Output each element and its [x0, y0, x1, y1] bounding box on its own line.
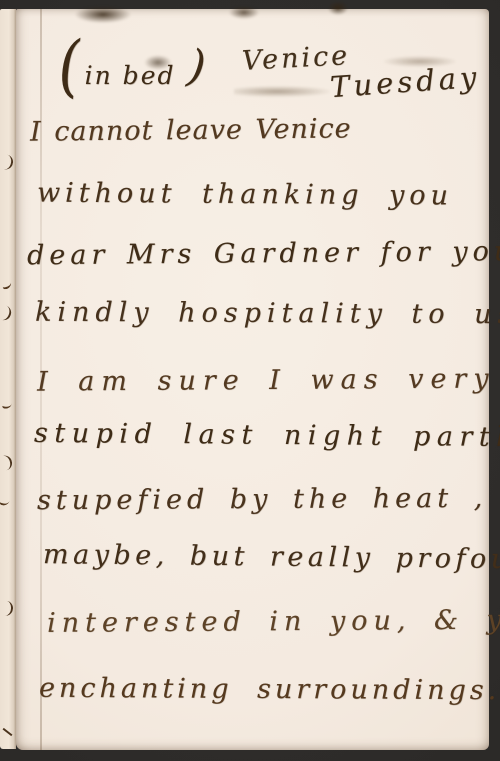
handwritten-line: interested in you, & your	[47, 604, 500, 639]
stray-ink-mark	[2, 154, 15, 171]
handwritten-line: kindly hospitality to us	[35, 297, 500, 331]
handwritten-line: stupefied by the heat ,	[37, 483, 487, 516]
letter-photograph: ( in bed ) Venice Tuesday I cannot leave…	[0, 0, 500, 761]
ink-smudge	[75, 6, 131, 23]
stray-ink-mark	[0, 454, 13, 471]
stray-ink-mark	[0, 305, 13, 323]
stray-ink-mark	[0, 491, 12, 507]
stray-ink-mark	[2, 601, 14, 617]
open-paren: (	[56, 32, 82, 100]
close-paren: )	[185, 44, 207, 90]
annotation-text: in bed	[85, 61, 176, 90]
ink-smudge	[328, 1, 348, 15]
letter-page: ( in bed ) Venice Tuesday I cannot leave…	[16, 9, 489, 750]
handwritten-line: maybe, but really profoundly	[43, 539, 500, 576]
stray-ink-mark	[1, 274, 12, 289]
annotation-in-bed: ( in bed )	[58, 37, 205, 95]
ink-smudge	[229, 6, 259, 19]
handwritten-line: enchanting surroundings.	[39, 673, 500, 706]
handwritten-line: dear Mrs Gardner for yours	[27, 236, 500, 272]
handwritten-line: without thanking you	[37, 178, 453, 212]
stray-ink-mark	[3, 728, 13, 736]
ink-smudge	[234, 86, 330, 97]
heading-date: Tuesday	[329, 60, 481, 104]
handwritten-line: stupid last night partly	[34, 418, 500, 453]
facing-page-edge	[0, 9, 16, 749]
stray-ink-mark	[2, 394, 13, 409]
handwritten-line: I cannot leave Venice	[30, 113, 352, 147]
handwritten-line: I am sure I was very	[37, 363, 496, 397]
